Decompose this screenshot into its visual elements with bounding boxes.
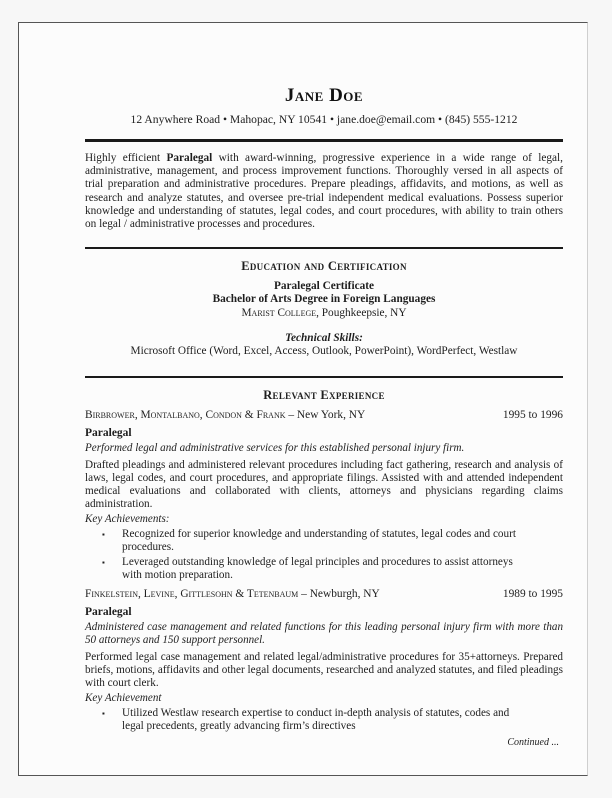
achievement-item: ▪Leveraged outstanding knowledge of lega… (122, 556, 533, 582)
bullet-icon: ▪ (102, 556, 105, 569)
job-description: Performed legal and administrative servi… (85, 442, 563, 455)
achievements-label: Key Achievements: (85, 513, 563, 526)
school-line: Marist College, Poughkeepsie, NY (85, 307, 563, 320)
employer: Finkelstein, Levine, Gittlesohn & Tetenb… (85, 588, 380, 601)
employer: Birbrower, Montalbano, Condon & Frank – … (85, 409, 365, 422)
job-entry: Finkelstein, Levine, Gittlesohn & Tetenb… (85, 588, 563, 735)
achievement-item: ▪Utilized Westlaw research expertise to … (122, 707, 533, 733)
divider-education (85, 247, 563, 249)
technical-skills-block: Technical Skills: Microsoft Office (Word… (85, 332, 563, 359)
firm-location: – Newburgh, NY (298, 588, 379, 600)
achievements-list: ▪Utilized Westlaw research expertise to … (85, 707, 563, 733)
candidate-name: Jane Doe (85, 85, 563, 107)
achievements-label: Key Achievement (85, 692, 563, 705)
job-description: Administered case management and related… (85, 621, 563, 647)
skills-list: Microsoft Office (Word, Excel, Access, O… (85, 345, 563, 358)
bullet-icon: ▪ (102, 707, 105, 720)
summary-prefix: Highly efficient (85, 152, 166, 164)
school-location: , Poughkeepsie, NY (316, 307, 406, 319)
section-title-experience: Relevant Experience (85, 388, 563, 403)
achievement-text: Leveraged outstanding knowledge of legal… (122, 556, 513, 581)
job-responsibilities: Performed legal case management and rela… (85, 651, 563, 690)
job-header: Birbrower, Montalbano, Condon & Frank – … (85, 409, 563, 422)
firm-name: Birbrower, Montalbano, Condon & Frank (85, 409, 286, 421)
contact-info: 12 Anywhere Road • Mahopac, NY 10541 • j… (85, 113, 563, 126)
job-header: Finkelstein, Levine, Gittlesohn & Tetenb… (85, 588, 563, 601)
school-name: Marist College (242, 307, 317, 319)
firm-name: Finkelstein, Levine, Gittlesohn & Tetenb… (85, 588, 298, 600)
job-dates: 1995 to 1996 (503, 409, 563, 422)
achievement-text: Recognized for superior knowledge and un… (122, 528, 516, 553)
education-block: Paralegal Certificate Bachelor of Arts D… (85, 280, 563, 320)
degree: Bachelor of Arts Degree in Foreign Langu… (85, 293, 563, 306)
divider-experience (85, 376, 563, 378)
job-entry: Birbrower, Montalbano, Condon & Frank – … (85, 409, 563, 584)
job-title: Paralegal (85, 426, 563, 440)
firm-location: – New York, NY (286, 409, 366, 421)
job-title: Paralegal (85, 605, 563, 619)
resume-page: Jane Doe 12 Anywhere Road • Mahopac, NY … (18, 22, 588, 776)
bullet-icon: ▪ (102, 528, 105, 541)
achievement-item: ▪Recognized for superior knowledge and u… (122, 528, 533, 554)
job-dates: 1989 to 1995 (503, 588, 563, 601)
skills-label: Technical Skills: (85, 332, 563, 345)
job-responsibilities: Drafted pleadings and administered relev… (85, 459, 563, 511)
section-title-education: Education and Certification (85, 259, 563, 274)
summary-role: Paralegal (166, 152, 212, 164)
divider-header (85, 139, 563, 142)
certificate: Paralegal Certificate (85, 280, 563, 293)
continued-note: Continued ... (85, 737, 563, 748)
achievements-list: ▪Recognized for superior knowledge and u… (85, 528, 563, 582)
achievement-text: Utilized Westlaw research expertise to c… (122, 707, 509, 732)
professional-summary: Highly efficient Paralegal with award-wi… (85, 152, 563, 231)
